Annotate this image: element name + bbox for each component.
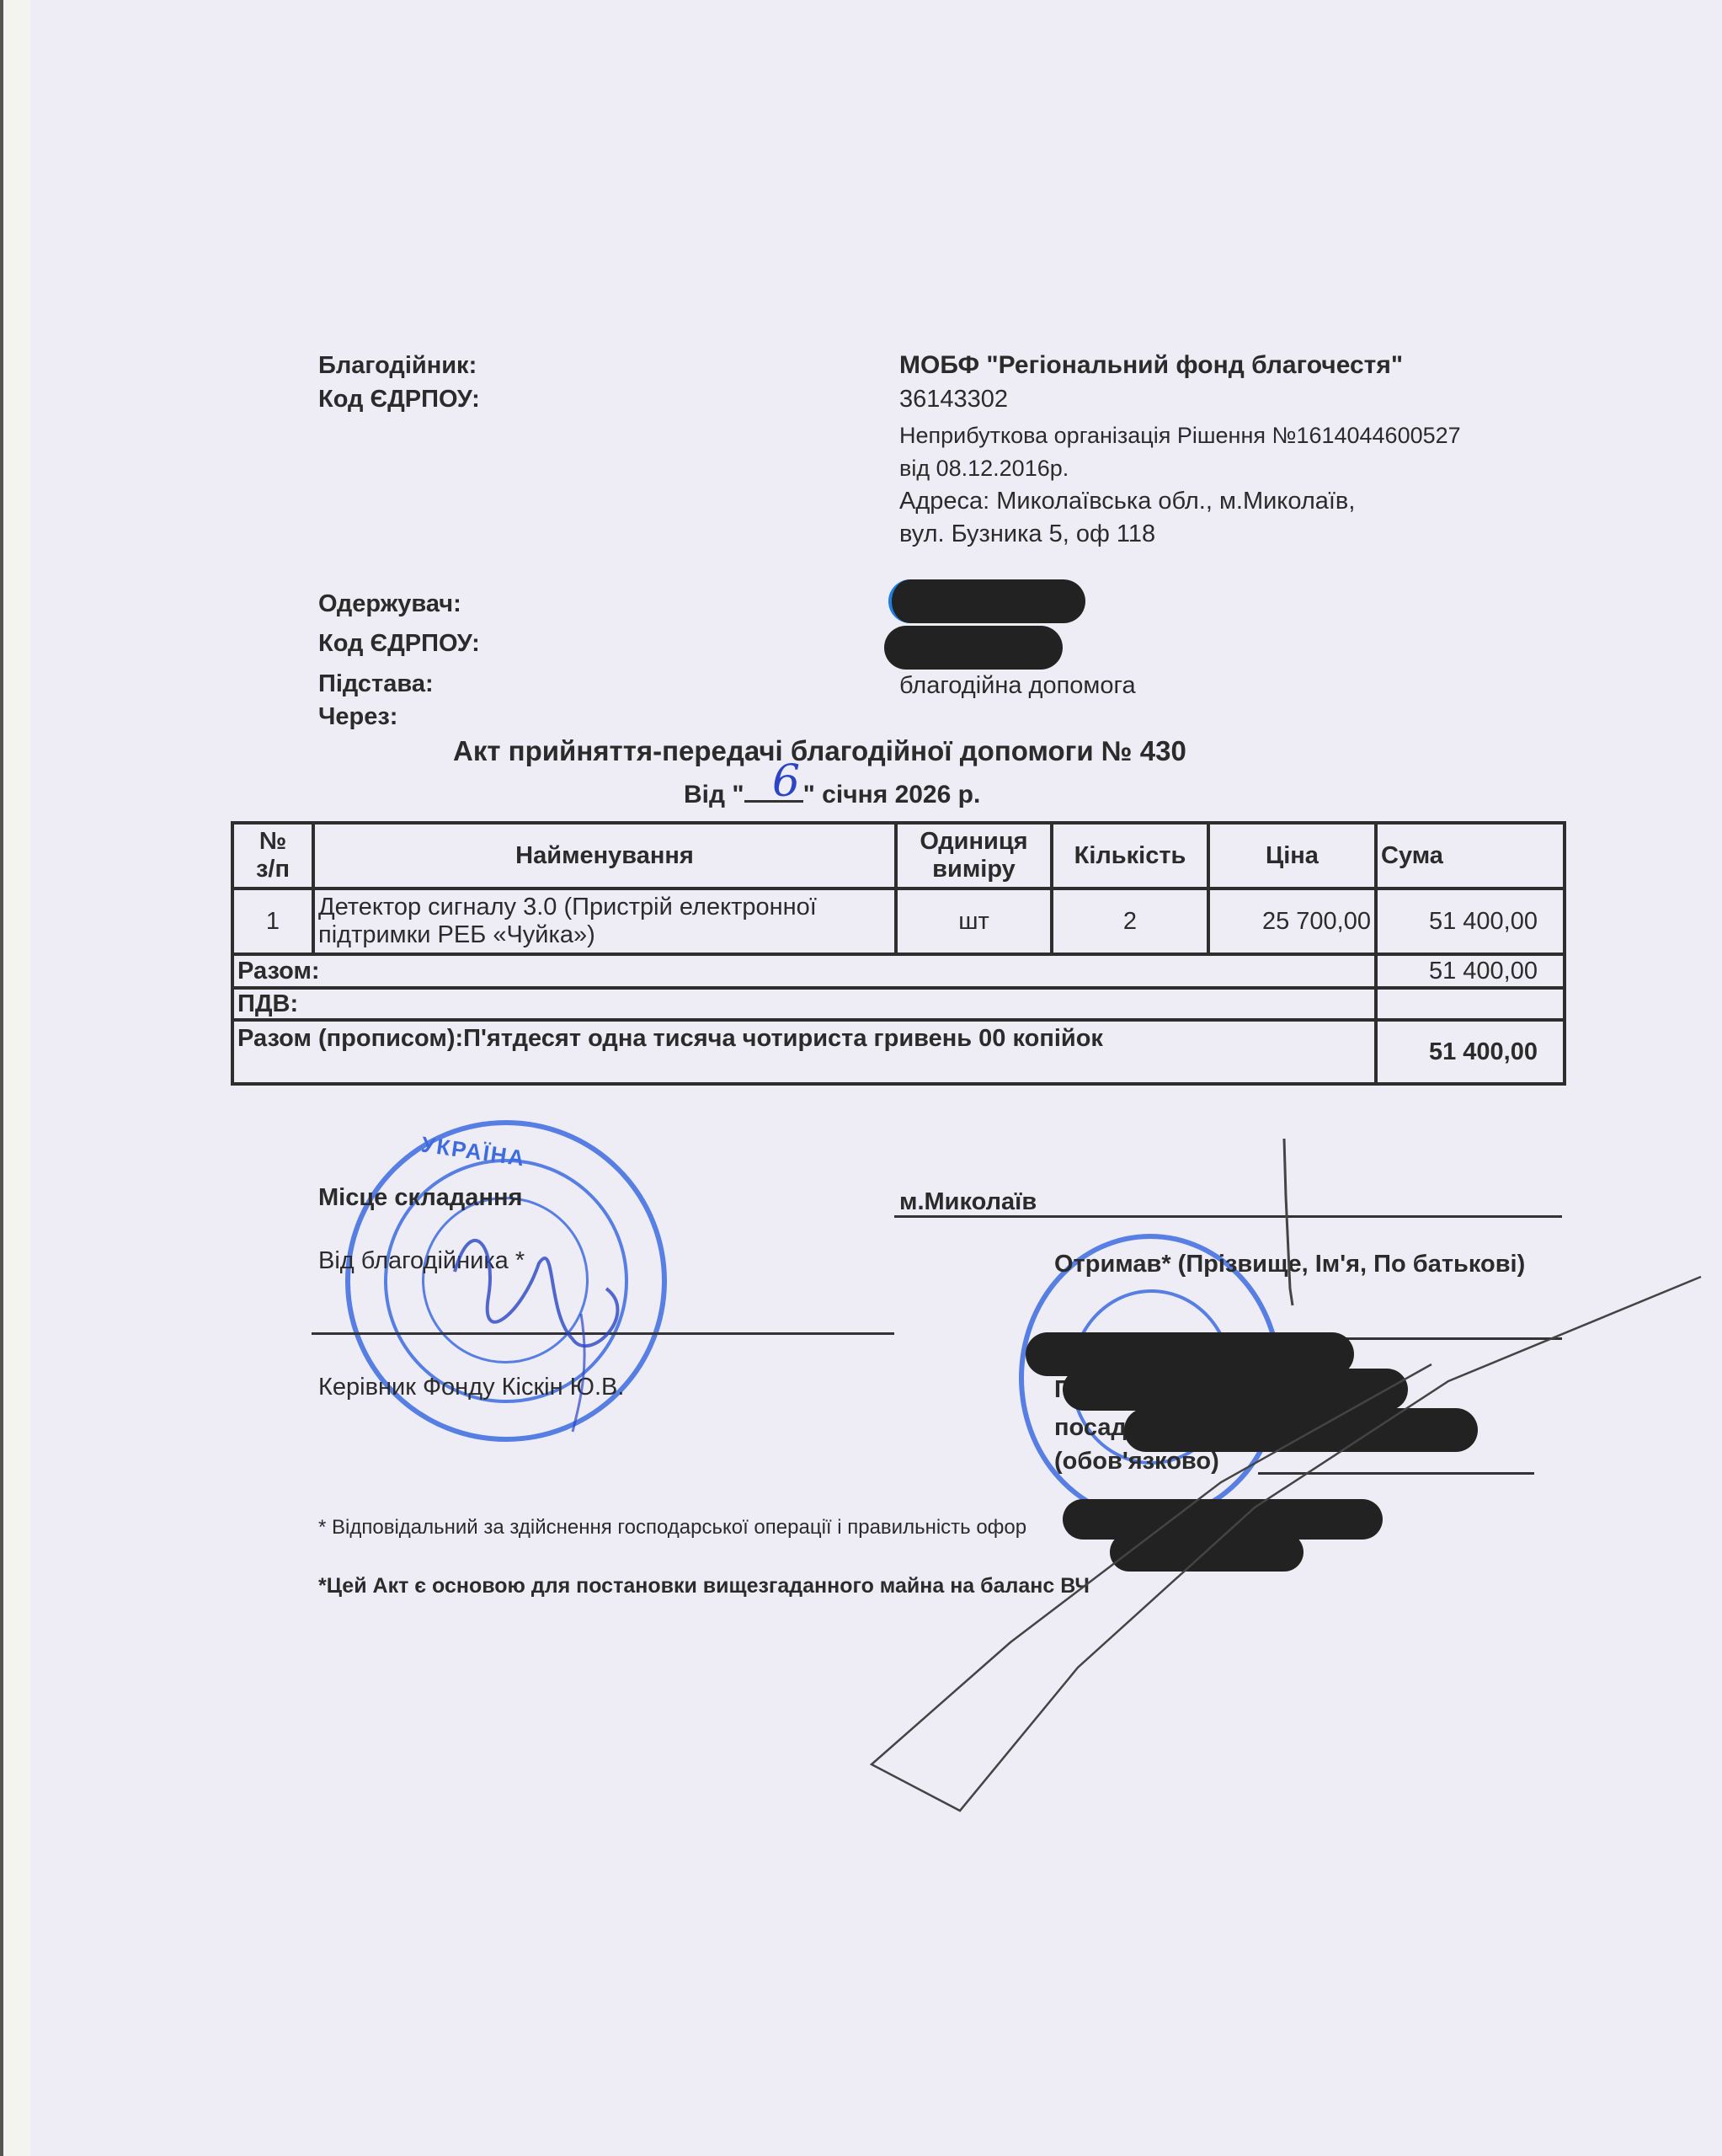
signature-strokes xyxy=(0,0,1722,2156)
